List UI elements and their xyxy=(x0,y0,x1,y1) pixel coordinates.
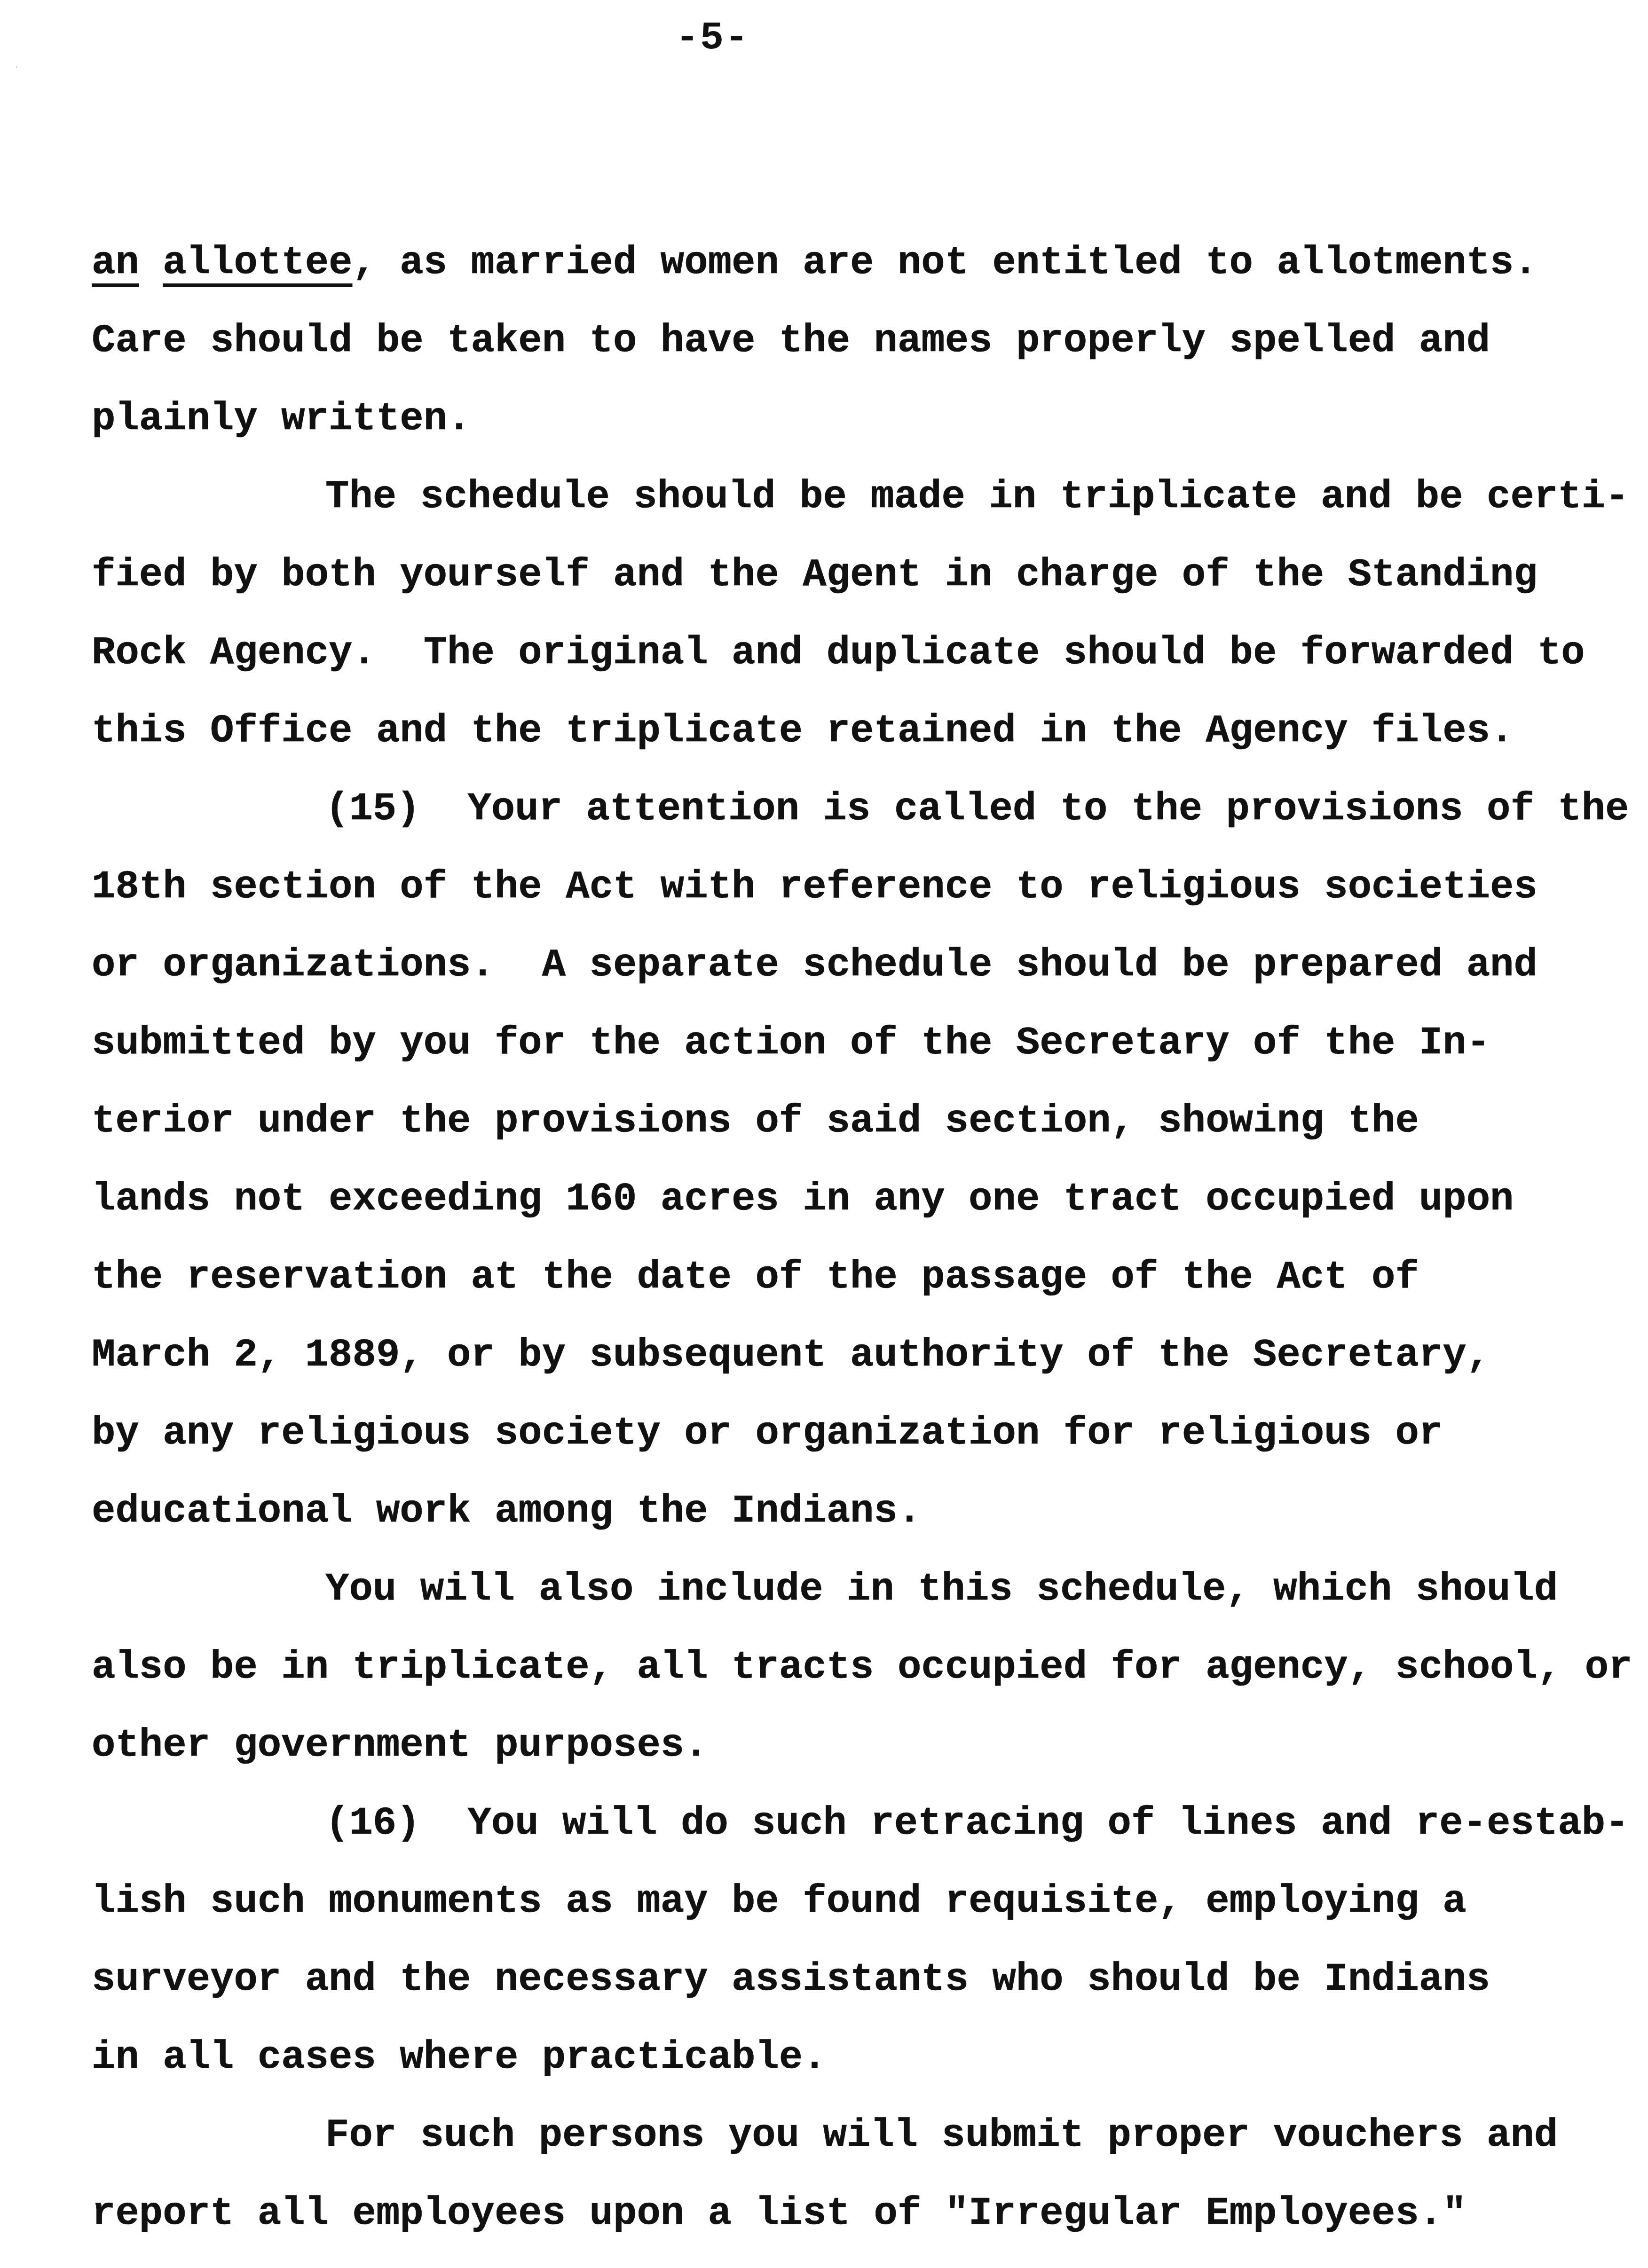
text-segment: plainly written. xyxy=(92,397,471,441)
text-line: the reservation at the date of the passa… xyxy=(92,1249,1419,1306)
text-segment: You will also include in this schedule, … xyxy=(325,1567,1558,1612)
text-line: The schedule should be made in triplicat… xyxy=(325,469,1629,526)
text-line: For such persons you will submit proper … xyxy=(325,2108,1558,2164)
text-segment: Rock Agency. The original and duplicate … xyxy=(92,631,1585,675)
text-line: plainly written. xyxy=(92,391,471,447)
text-line: or organizations. A separate schedule sh… xyxy=(92,937,1538,994)
text-segment: submitted by you for the action of the S… xyxy=(92,1021,1490,1066)
text-segment: educational work among the Indians. xyxy=(92,1489,921,1534)
text-segment xyxy=(139,241,163,285)
text-segment: , as married women are not entitled to a… xyxy=(353,241,1538,285)
text-line: You will also include in this schedule, … xyxy=(325,1562,1558,1618)
text-segment: terior under the provisions of said sect… xyxy=(92,1099,1419,1144)
page-number: -5- xyxy=(0,10,1425,67)
underlined-text: allottee xyxy=(163,241,352,285)
text-line: Rock Agency. The original and duplicate … xyxy=(92,625,1585,682)
text-segment: report all employees upon a list of "Irr… xyxy=(92,2191,1467,2236)
text-line: educational work among the Indians. xyxy=(92,1483,921,1540)
text-line: lish such monuments as may be found requ… xyxy=(92,1874,1467,1930)
text-segment: For such persons you will submit proper … xyxy=(325,2113,1558,2158)
text-line: lands not exceeding 160 acres in any one… xyxy=(92,1171,1514,1228)
text-segment: Care should be taken to have the names p… xyxy=(92,319,1490,363)
document-page: · -5- an allottee, as married women are … xyxy=(0,0,1648,2268)
text-segment: March 2, 1889, or by subsequent authorit… xyxy=(92,1333,1490,1378)
text-line: submitted by you for the action of the S… xyxy=(92,1015,1490,1072)
text-segment: the reservation at the date of the passa… xyxy=(92,1255,1419,1300)
text-segment: also be in triplicate, all tracts occupi… xyxy=(92,1645,1632,1690)
text-line: Care should be taken to have the names p… xyxy=(92,313,1490,369)
text-segment: (15) Your attention is called to the pro… xyxy=(325,787,1629,832)
text-line: (16) You will do such retracing of lines… xyxy=(325,1796,1629,1852)
text-segment: The schedule should be made in triplicat… xyxy=(325,475,1629,519)
text-line: fied by both yourself and the Agent in c… xyxy=(92,547,1538,604)
text-line: in all cases where practicable. xyxy=(92,2030,827,2086)
text-line: this Office and the triplicate retained … xyxy=(92,703,1514,760)
text-segment: (16) You will do such retracing of lines… xyxy=(325,1801,1629,1846)
text-segment: other government purposes. xyxy=(92,1723,708,1768)
text-segment: fied by both yourself and the Agent in c… xyxy=(92,553,1538,597)
text-line: March 2, 1889, or by subsequent authorit… xyxy=(92,1327,1490,1384)
text-line: surveyor and the necessary assistants wh… xyxy=(92,1952,1490,2008)
text-segment: by any religious society or organization… xyxy=(92,1411,1443,1456)
text-segment: 18th section of the Act with reference t… xyxy=(92,865,1538,910)
text-segment: or organizations. A separate schedule sh… xyxy=(92,943,1538,988)
text-segment: surveyor and the necessary assistants wh… xyxy=(92,1957,1490,2002)
text-line: report all employees upon a list of "Irr… xyxy=(92,2186,1467,2242)
text-segment: this Office and the triplicate retained … xyxy=(92,709,1514,753)
text-segment: lish such monuments as may be found requ… xyxy=(92,1879,1467,1924)
text-line: other government purposes. xyxy=(92,1718,708,1774)
text-line: 18th section of the Act with reference t… xyxy=(92,859,1538,916)
underlined-text: an xyxy=(92,241,139,285)
text-segment: in all cases where practicable. xyxy=(92,2035,827,2080)
text-line: (15) Your attention is called to the pro… xyxy=(325,781,1629,838)
text-segment: lands not exceeding 160 acres in any one… xyxy=(92,1177,1514,1222)
text-line: terior under the provisions of said sect… xyxy=(92,1093,1419,1150)
text-line: by any religious society or organization… xyxy=(92,1405,1443,1462)
text-line: also be in triplicate, all tracts occupi… xyxy=(92,1640,1632,1696)
text-line: an allottee, as married women are not en… xyxy=(92,235,1538,291)
